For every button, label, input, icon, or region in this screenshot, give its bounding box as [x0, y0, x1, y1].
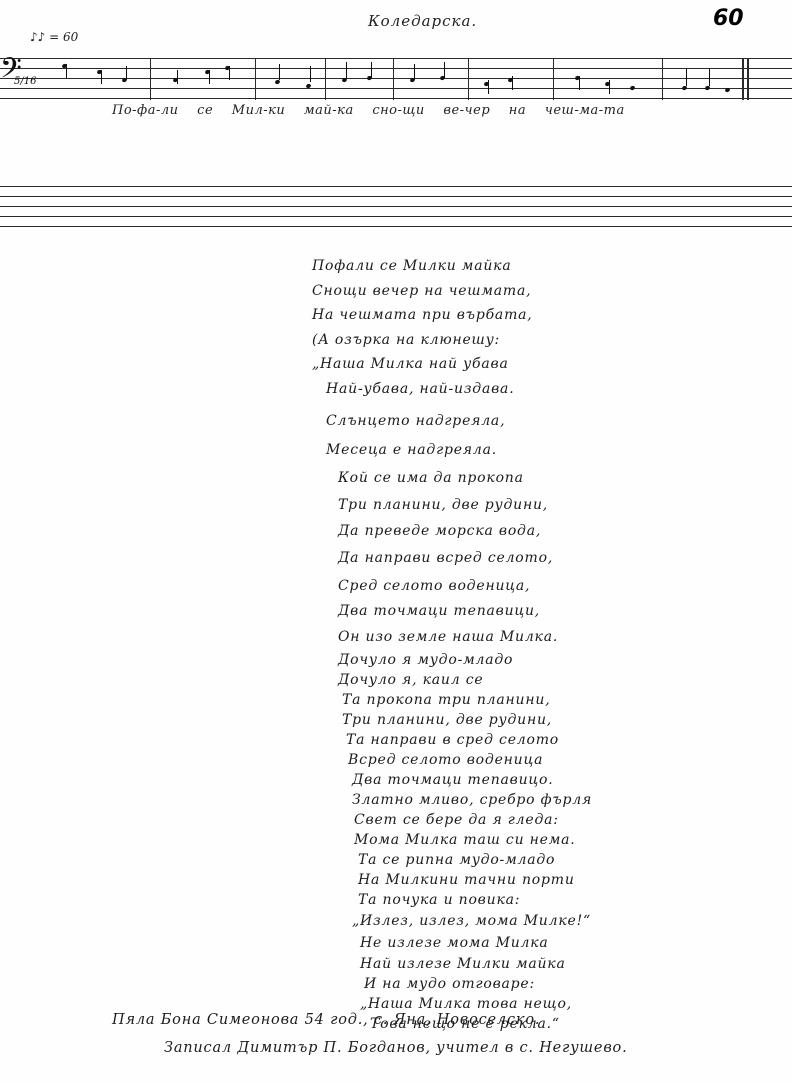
song-title: Коледарска.: [368, 12, 477, 30]
verse-line: „Излез, излез, мома Милке!“: [312, 910, 632, 932]
verse-line: Три планини, две рудини,: [312, 710, 632, 730]
manuscript-page: Коледарска. 60 ♪♪ = 60 𝄢 5/16: [0, 0, 792, 1083]
recorder-attribution: Записал Димитър П. Богданов, учител в с.…: [164, 1040, 628, 1056]
music-staff: 𝄢 5/16: [0, 58, 792, 106]
verse-line: Свет се бере да я гледа:: [312, 810, 632, 830]
song-verses: Пофали се Милки майка Снощи вечер на чеш…: [312, 254, 632, 1034]
verse-line: На чешмата при върбата,: [312, 303, 632, 328]
singer-attribution: Пяла Бона Симеонова 54 год., с. Яна, Нов…: [112, 1012, 540, 1028]
verse-line: На Милкини тачни порти: [312, 870, 632, 890]
verse-line: „Наша Милка най убава: [312, 352, 632, 377]
page-number: 60: [713, 6, 744, 31]
verse-line: Сред селото воденица,: [312, 574, 632, 599]
time-signature: 5/16: [14, 76, 36, 87]
verse-line: Снощи вечер на чешмата,: [312, 279, 632, 304]
notation-lyrics: По-фа-ли се Мил-ки май-ка сно-щи ве-чер …: [112, 103, 625, 118]
tempo-marking: ♪♪ = 60: [30, 30, 78, 44]
verse-line: Пофали се Милки майка: [312, 254, 632, 279]
verse-line: „Наша Милка това нещо,: [312, 994, 632, 1014]
verse-line: Да направи всред селото,: [312, 546, 632, 571]
verse-line: (А озърка на клюнешу:: [312, 328, 632, 353]
verse-line: Та почука и повика:: [312, 890, 632, 910]
verse-line: Он изо земле наша Милка.: [312, 625, 632, 650]
verse-line: Най-убава, най-издава.: [312, 377, 632, 402]
verse-line: Златно мливо, сребро фърля: [312, 790, 632, 810]
verse-line: Три планини, две рудини,: [312, 493, 632, 518]
verse-line: Кой се има да прокопа: [312, 466, 632, 491]
verse-line: Слънцето надгреяла,: [312, 409, 632, 434]
verse-line: Дочуло я мудо-младо: [312, 650, 632, 670]
verse-line: Всред селото воденица: [312, 750, 632, 770]
verse-line: Два точмаци тепавици,: [312, 599, 632, 624]
verse-line: Не излезе мома Милка: [312, 932, 632, 954]
verse-line: Да преведе морска вода,: [312, 519, 632, 544]
verse-line: Та направи в сред селото: [312, 730, 632, 750]
verse-line: Два точмаци тепавицо.: [312, 770, 632, 790]
verse-line: И на мудо отговаре:: [312, 974, 632, 994]
verse-line: Месеца е надгреяла.: [312, 438, 632, 463]
verse-line: Мома Милка таш си нема.: [312, 830, 632, 850]
verse-line: Дочуло я, каил се: [312, 670, 632, 690]
verse-line: Та се рипна мудо-младо: [312, 850, 632, 870]
verse-line: Та прокопа три планини,: [312, 690, 632, 710]
empty-staff: [0, 186, 792, 236]
verse-line: Най излезе Милки майка: [312, 954, 632, 974]
